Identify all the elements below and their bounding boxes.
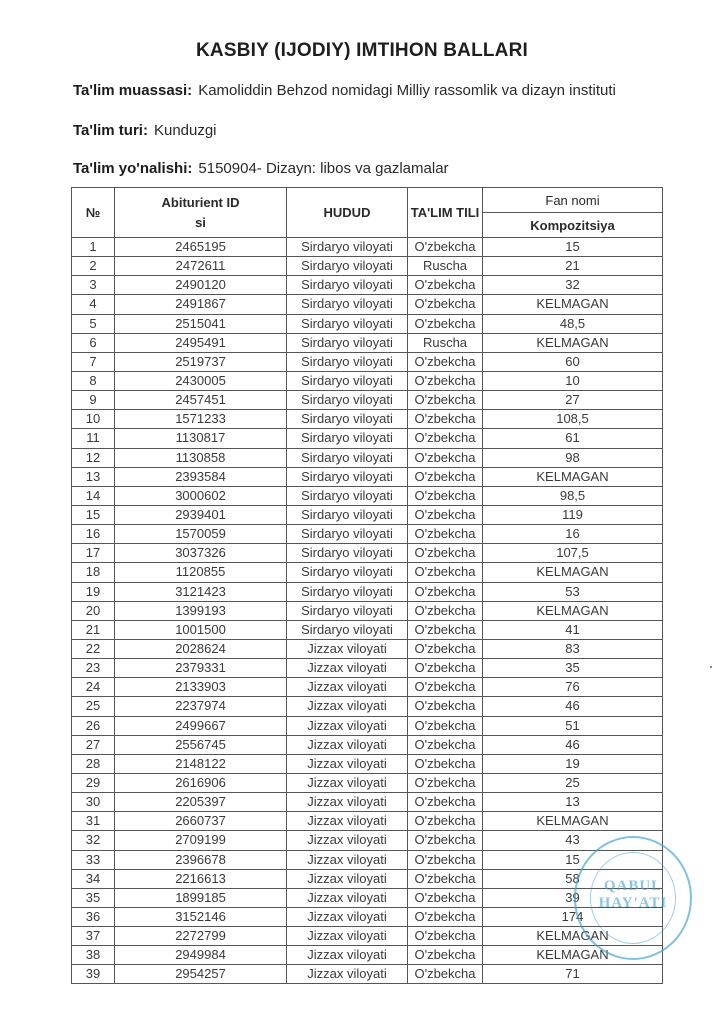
cell-language: O'zbekcha	[408, 697, 483, 716]
cell-region: Sirdaryo viloyati	[287, 352, 408, 371]
table-row: 181120855Sirdaryo viloyatiO'zbekchaKELMA…	[72, 563, 663, 582]
cell-applicant-id: 2519737	[115, 352, 287, 371]
cell-applicant-id: 2465195	[115, 238, 287, 257]
table-body: 12465195Sirdaryo viloyatiO'zbekcha152247…	[72, 238, 663, 984]
cell-region: Sirdaryo viloyati	[287, 276, 408, 295]
cell-region: Jizzax viloyati	[287, 946, 408, 965]
cell-region: Sirdaryo viloyati	[287, 525, 408, 544]
cell-region: Sirdaryo viloyati	[287, 391, 408, 410]
cell-no: 33	[72, 850, 115, 869]
table-row: 121130858Sirdaryo viloyatiO'zbekcha98	[72, 448, 663, 467]
table-row: 312660737Jizzax viloyatiO'zbekchaKELMAGA…	[72, 812, 663, 831]
cell-applicant-id: 2660737	[115, 812, 287, 831]
cell-region: Jizzax viloyati	[287, 735, 408, 754]
cell-applicant-id: 2472611	[115, 257, 287, 276]
table-row: 152939401Sirdaryo viloyatiO'zbekcha119	[72, 505, 663, 524]
cell-region: Jizzax viloyati	[287, 639, 408, 658]
meta-value: Kunduzgi	[154, 122, 217, 139]
cell-applicant-id: 2148122	[115, 754, 287, 773]
cell-applicant-id: 2216613	[115, 869, 287, 888]
cell-no: 26	[72, 716, 115, 735]
table-row: 272556745Jizzax viloyatiO'zbekcha46	[72, 735, 663, 754]
cell-region: Sirdaryo viloyati	[287, 486, 408, 505]
cell-applicant-id: 1120855	[115, 563, 287, 582]
cell-applicant-id: 3000602	[115, 486, 287, 505]
cell-score: KELMAGAN	[483, 333, 663, 352]
cell-score: KELMAGAN	[483, 563, 663, 582]
cell-score: 19	[483, 754, 663, 773]
cell-score: 60	[483, 352, 663, 371]
cell-no: 27	[72, 735, 115, 754]
cell-score: 174	[483, 907, 663, 926]
cell-score: KELMAGAN	[483, 812, 663, 831]
cell-no: 17	[72, 544, 115, 563]
cell-score: KELMAGAN	[483, 601, 663, 620]
cell-score: KELMAGAN	[483, 295, 663, 314]
meta-direction: Ta'lim yo'nalishi:5150904- Dizayn: libos…	[73, 160, 449, 177]
scan-speck	[710, 666, 712, 668]
cell-region: Sirdaryo viloyati	[287, 505, 408, 524]
cell-score: 15	[483, 238, 663, 257]
cell-no: 18	[72, 563, 115, 582]
cell-language: O'zbekcha	[408, 563, 483, 582]
cell-region: Jizzax viloyati	[287, 793, 408, 812]
cell-applicant-id: 2393584	[115, 467, 287, 486]
cell-language: O'zbekcha	[408, 238, 483, 257]
cell-language: O'zbekcha	[408, 352, 483, 371]
cell-score: 107,5	[483, 544, 663, 563]
table-row: 173037326Sirdaryo viloyatiO'zbekcha107,5	[72, 544, 663, 563]
table-row: 332396678Jizzax viloyatiO'zbekcha15	[72, 850, 663, 869]
cell-applicant-id: 1130858	[115, 448, 287, 467]
cell-applicant-id: 2430005	[115, 371, 287, 390]
cell-no: 36	[72, 907, 115, 926]
cell-no: 32	[72, 831, 115, 850]
table-row: 201399193Sirdaryo viloyatiO'zbekchaKELMA…	[72, 601, 663, 620]
cell-score: 98	[483, 448, 663, 467]
cell-no: 5	[72, 314, 115, 333]
table-row: 222028624Jizzax viloyatiO'zbekcha83	[72, 639, 663, 658]
cell-score: 41	[483, 620, 663, 639]
cell-no: 30	[72, 793, 115, 812]
cell-applicant-id: 3121423	[115, 582, 287, 601]
cell-no: 25	[72, 697, 115, 716]
meta-institution: Ta'lim muassasi:Kamoliddin Behzod nomida…	[73, 82, 616, 99]
cell-applicant-id: 3152146	[115, 907, 287, 926]
cell-language: O'zbekcha	[408, 314, 483, 333]
cell-language: O'zbekcha	[408, 773, 483, 792]
cell-no: 31	[72, 812, 115, 831]
cell-region: Jizzax viloyati	[287, 678, 408, 697]
cell-region: Sirdaryo viloyati	[287, 295, 408, 314]
cell-score: 71	[483, 965, 663, 984]
cell-no: 12	[72, 448, 115, 467]
cell-region: Jizzax viloyati	[287, 850, 408, 869]
cell-no: 8	[72, 371, 115, 390]
cell-score: KELMAGAN	[483, 946, 663, 965]
cell-language: O'zbekcha	[408, 620, 483, 639]
cell-applicant-id: 2028624	[115, 639, 287, 658]
table-row: 132393584Sirdaryo viloyatiO'zbekchaKELMA…	[72, 467, 663, 486]
header-subject: Kompozitsiya	[483, 213, 663, 238]
table-row: 392954257Jizzax viloyatiO'zbekcha71	[72, 965, 663, 984]
document-title: KASBIY (IJODIY) IMTIHON BALLARI	[0, 40, 724, 62]
cell-region: Sirdaryo viloyati	[287, 314, 408, 333]
cell-score: 119	[483, 505, 663, 524]
cell-no: 23	[72, 659, 115, 678]
cell-applicant-id: 1001500	[115, 620, 287, 639]
cell-language: O'zbekcha	[408, 601, 483, 620]
table-row: 292616906Jizzax viloyatiO'zbekcha25	[72, 773, 663, 792]
cell-score: 58	[483, 869, 663, 888]
cell-region: Jizzax viloyati	[287, 831, 408, 850]
cell-language: O'zbekcha	[408, 429, 483, 448]
cell-language: O'zbekcha	[408, 869, 483, 888]
cell-score: 13	[483, 793, 663, 812]
cell-score: 48,5	[483, 314, 663, 333]
cell-applicant-id: 2515041	[115, 314, 287, 333]
cell-no: 9	[72, 391, 115, 410]
cell-score: 108,5	[483, 410, 663, 429]
cell-score: 61	[483, 429, 663, 448]
cell-score: 16	[483, 525, 663, 544]
cell-region: Jizzax viloyati	[287, 927, 408, 946]
header-region: HUDUD	[287, 188, 408, 238]
table-row: 42491867Sirdaryo viloyatiO'zbekchaKELMAG…	[72, 295, 663, 314]
cell-region: Sirdaryo viloyati	[287, 257, 408, 276]
table-row: 12465195Sirdaryo viloyatiO'zbekcha15	[72, 238, 663, 257]
cell-language: O'zbekcha	[408, 888, 483, 907]
cell-applicant-id: 2499667	[115, 716, 287, 735]
table-row: 372272799Jizzax viloyatiO'zbekchaKELMAGA…	[72, 927, 663, 946]
cell-applicant-id: 2495491	[115, 333, 287, 352]
cell-score: 32	[483, 276, 663, 295]
table-row: 262499667Jizzax viloyatiO'zbekcha51	[72, 716, 663, 735]
cell-region: Sirdaryo viloyati	[287, 448, 408, 467]
cell-no: 20	[72, 601, 115, 620]
header-language: TA'LIM TILI	[408, 188, 483, 238]
cell-applicant-id: 1130817	[115, 429, 287, 448]
cell-language: O'zbekcha	[408, 793, 483, 812]
cell-no: 7	[72, 352, 115, 371]
cell-score: 25	[483, 773, 663, 792]
cell-applicant-id: 2379331	[115, 659, 287, 678]
cell-region: Jizzax viloyati	[287, 888, 408, 907]
cell-no: 37	[72, 927, 115, 946]
cell-language: O'zbekcha	[408, 754, 483, 773]
cell-score: 46	[483, 697, 663, 716]
cell-region: Sirdaryo viloyati	[287, 582, 408, 601]
cell-region: Jizzax viloyati	[287, 716, 408, 735]
cell-no: 4	[72, 295, 115, 314]
table-row: 242133903Jizzax viloyatiO'zbekcha76	[72, 678, 663, 697]
table-row: 72519737Sirdaryo viloyatiO'zbekcha60	[72, 352, 663, 371]
cell-language: O'zbekcha	[408, 735, 483, 754]
cell-language: O'zbekcha	[408, 582, 483, 601]
cell-no: 34	[72, 869, 115, 888]
cell-no: 15	[72, 505, 115, 524]
cell-language: O'zbekcha	[408, 907, 483, 926]
meta-value: 5150904- Dizayn: libos va gazlamalar	[198, 160, 448, 177]
cell-score: 27	[483, 391, 663, 410]
cell-region: Sirdaryo viloyati	[287, 544, 408, 563]
cell-applicant-id: 2272799	[115, 927, 287, 946]
cell-region: Sirdaryo viloyati	[287, 620, 408, 639]
cell-no: 22	[72, 639, 115, 658]
cell-score: 21	[483, 257, 663, 276]
cell-no: 14	[72, 486, 115, 505]
header-applicant-id-text: Abiturient ID si	[156, 193, 246, 233]
cell-language: O'zbekcha	[408, 448, 483, 467]
cell-score: KELMAGAN	[483, 467, 663, 486]
cell-applicant-id: 2490120	[115, 276, 287, 295]
cell-no: 35	[72, 888, 115, 907]
cell-no: 19	[72, 582, 115, 601]
table-row: 342216613Jizzax viloyatiO'zbekcha58	[72, 869, 663, 888]
cell-no: 39	[72, 965, 115, 984]
cell-language: O'zbekcha	[408, 678, 483, 697]
cell-applicant-id: 1570059	[115, 525, 287, 544]
cell-score: 39	[483, 888, 663, 907]
meta-label: Ta'lim muassasi:	[73, 82, 192, 99]
cell-language: O'zbekcha	[408, 467, 483, 486]
cell-language: O'zbekcha	[408, 716, 483, 735]
table-row: 382949984Jizzax viloyatiO'zbekchaKELMAGA…	[72, 946, 663, 965]
cell-no: 1	[72, 238, 115, 257]
cell-score: 15	[483, 850, 663, 869]
cell-language: O'zbekcha	[408, 486, 483, 505]
cell-language: O'zbekcha	[408, 812, 483, 831]
cell-no: 10	[72, 410, 115, 429]
cell-score: 51	[483, 716, 663, 735]
cell-applicant-id: 1571233	[115, 410, 287, 429]
table-row: 302205397Jizzax viloyatiO'zbekcha13	[72, 793, 663, 812]
cell-language: O'zbekcha	[408, 410, 483, 429]
cell-score: 98,5	[483, 486, 663, 505]
cell-applicant-id: 2939401	[115, 505, 287, 524]
cell-region: Sirdaryo viloyati	[287, 410, 408, 429]
cell-applicant-id: 2556745	[115, 735, 287, 754]
cell-region: Sirdaryo viloyati	[287, 563, 408, 582]
cell-region: Sirdaryo viloyati	[287, 467, 408, 486]
cell-applicant-id: 3037326	[115, 544, 287, 563]
table-row: 322709199Jizzax viloyatiO'zbekcha43	[72, 831, 663, 850]
header-subject-group: Fan nomi	[483, 188, 663, 213]
cell-score: KELMAGAN	[483, 927, 663, 946]
cell-language: O'zbekcha	[408, 850, 483, 869]
table-row: 211001500Sirdaryo viloyatiO'zbekcha41	[72, 620, 663, 639]
cell-score: 10	[483, 371, 663, 390]
cell-no: 3	[72, 276, 115, 295]
cell-region: Jizzax viloyati	[287, 773, 408, 792]
table-row: 282148122Jizzax viloyatiO'zbekcha19	[72, 754, 663, 773]
table-row: 143000602Sirdaryo viloyatiO'zbekcha98,5	[72, 486, 663, 505]
cell-language: O'zbekcha	[408, 391, 483, 410]
cell-score: 43	[483, 831, 663, 850]
header-applicant-id: Abiturient ID si	[115, 188, 287, 238]
table-row: 193121423Sirdaryo viloyatiO'zbekcha53	[72, 582, 663, 601]
cell-no: 24	[72, 678, 115, 697]
table-row: 232379331Jizzax viloyatiO'zbekcha35	[72, 659, 663, 678]
cell-language: O'zbekcha	[408, 831, 483, 850]
cell-region: Jizzax viloyati	[287, 869, 408, 888]
cell-region: Sirdaryo viloyati	[287, 429, 408, 448]
cell-language: Ruscha	[408, 257, 483, 276]
cell-no: 21	[72, 620, 115, 639]
cell-applicant-id: 2949984	[115, 946, 287, 965]
cell-applicant-id: 2396678	[115, 850, 287, 869]
table-row: 92457451Sirdaryo viloyatiO'zbekcha27	[72, 391, 663, 410]
meta-study-form: Ta'lim turi:Kunduzgi	[73, 122, 217, 139]
cell-applicant-id: 1399193	[115, 601, 287, 620]
cell-region: Sirdaryo viloyati	[287, 333, 408, 352]
table-row: 82430005Sirdaryo viloyatiO'zbekcha10	[72, 371, 663, 390]
cell-no: 16	[72, 525, 115, 544]
cell-region: Jizzax viloyati	[287, 907, 408, 926]
cell-region: Sirdaryo viloyati	[287, 371, 408, 390]
cell-no: 28	[72, 754, 115, 773]
cell-language: O'zbekcha	[408, 639, 483, 658]
cell-region: Sirdaryo viloyati	[287, 601, 408, 620]
cell-language: O'zbekcha	[408, 544, 483, 563]
table-row: 363152146Jizzax viloyatiO'zbekcha174	[72, 907, 663, 926]
cell-applicant-id: 2205397	[115, 793, 287, 812]
meta-value: Kamoliddin Behzod nomidagi Milliy rassom…	[198, 82, 616, 99]
cell-no: 29	[72, 773, 115, 792]
table-row: 111130817Sirdaryo viloyatiO'zbekcha61	[72, 429, 663, 448]
table-row: 32490120Sirdaryo viloyatiO'zbekcha32	[72, 276, 663, 295]
cell-applicant-id: 1899185	[115, 888, 287, 907]
cell-no: 6	[72, 333, 115, 352]
cell-language: O'zbekcha	[408, 371, 483, 390]
header-no: №	[72, 188, 115, 238]
table-row: 52515041Sirdaryo viloyatiO'zbekcha48,5	[72, 314, 663, 333]
cell-applicant-id: 2709199	[115, 831, 287, 850]
cell-applicant-id: 2954257	[115, 965, 287, 984]
cell-language: O'zbekcha	[408, 927, 483, 946]
cell-score: 76	[483, 678, 663, 697]
table-row: 101571233Sirdaryo viloyatiO'zbekcha108,5	[72, 410, 663, 429]
cell-region: Jizzax viloyati	[287, 754, 408, 773]
table-row: 252237974Jizzax viloyatiO'zbekcha46	[72, 697, 663, 716]
table-row: 62495491Sirdaryo viloyatiRuschaKELMAGAN	[72, 333, 663, 352]
cell-applicant-id: 2133903	[115, 678, 287, 697]
cell-language: O'zbekcha	[408, 276, 483, 295]
cell-language: O'zbekcha	[408, 965, 483, 984]
cell-language: O'zbekcha	[408, 525, 483, 544]
cell-region: Sirdaryo viloyati	[287, 238, 408, 257]
cell-no: 13	[72, 467, 115, 486]
cell-score: 83	[483, 639, 663, 658]
cell-score: 53	[483, 582, 663, 601]
cell-language: O'zbekcha	[408, 659, 483, 678]
cell-score: 46	[483, 735, 663, 754]
cell-region: Jizzax viloyati	[287, 812, 408, 831]
cell-applicant-id: 2491867	[115, 295, 287, 314]
cell-score: 35	[483, 659, 663, 678]
meta-label: Ta'lim turi:	[73, 122, 148, 139]
table-row: 161570059Sirdaryo viloyatiO'zbekcha16	[72, 525, 663, 544]
cell-applicant-id: 2457451	[115, 391, 287, 410]
cell-region: Jizzax viloyati	[287, 659, 408, 678]
table-row: 22472611Sirdaryo viloyatiRuscha21	[72, 257, 663, 276]
cell-no: 11	[72, 429, 115, 448]
cell-applicant-id: 2616906	[115, 773, 287, 792]
table-row: 351899185Jizzax viloyatiO'zbekcha39	[72, 888, 663, 907]
cell-language: O'zbekcha	[408, 505, 483, 524]
cell-region: Jizzax viloyati	[287, 965, 408, 984]
cell-language: Ruscha	[408, 333, 483, 352]
cell-no: 38	[72, 946, 115, 965]
cell-no: 2	[72, 257, 115, 276]
cell-region: Jizzax viloyati	[287, 697, 408, 716]
meta-label: Ta'lim yo'nalishi:	[73, 160, 192, 177]
cell-language: O'zbekcha	[408, 946, 483, 965]
cell-applicant-id: 2237974	[115, 697, 287, 716]
scores-table: № Abiturient ID si HUDUD TA'LIM TILI Fan…	[71, 187, 663, 984]
cell-language: O'zbekcha	[408, 295, 483, 314]
